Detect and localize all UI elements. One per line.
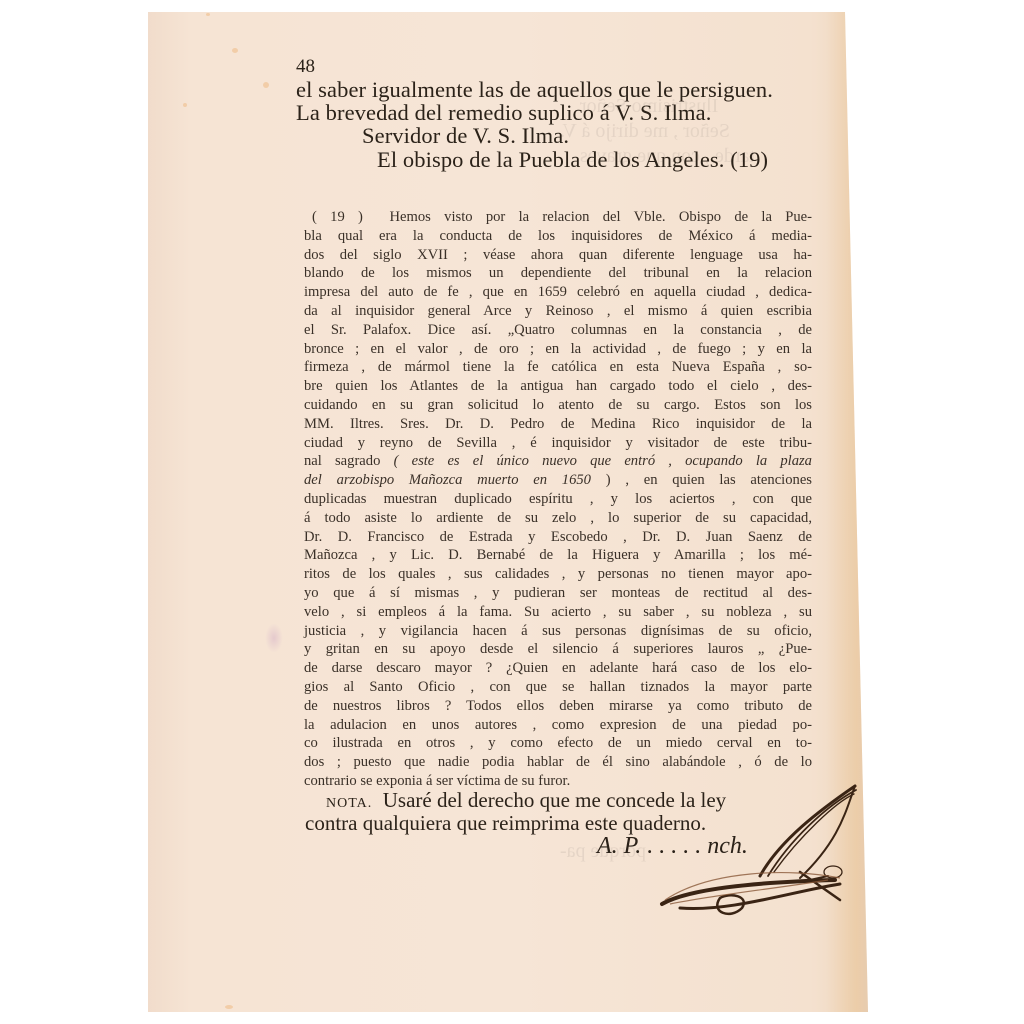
nota-label: NOTA. (326, 796, 372, 811)
footnote-line: ritos de los quales , sus calidades , y … (304, 565, 812, 584)
footnote-line: á todo asiste lo ardiente de su zelo , l… (304, 509, 812, 528)
footnote-line: de nuestros libros ? Todos ellos deben m… (304, 697, 812, 716)
footnote-19: ( 19 ) Hemos visto por la relacion del V… (304, 208, 812, 791)
footnote-line: Dr. D. Francisco de Estrada y Escobedo ,… (304, 528, 812, 547)
footnote-line: del arzobispo Mañozca muerto en 1650 ) ,… (304, 471, 812, 490)
footnote-line: dos ; puesto que nadie podia hablar de é… (304, 753, 812, 772)
signature-line: El obispo de la Puebla de los Angeles. (… (377, 147, 768, 173)
footnote-line: de darse descaro mayor ? ¿Quien en adela… (304, 659, 812, 678)
footnote-line: duplicadas muestran duplicado espíritu ,… (304, 490, 812, 509)
ink-flourish-icon (650, 780, 870, 920)
margin-smudge (265, 623, 283, 653)
footnote-line: ( 19 ) Hemos visto por la relacion del V… (304, 208, 812, 227)
footnote-line: cuidando en su gran solicitud lo atento … (304, 396, 812, 415)
italic-aside: del arzobispo Mañozca muerto en 1650 (304, 472, 591, 488)
footnote-line: bre quien los Atlantes de la antigua han… (304, 377, 812, 396)
footnote-line: gios al Santo Oficio , con que se hallan… (304, 678, 812, 697)
footnote-line: MM. Iltres. Sres. Dr. D. Pedro de Medina… (304, 415, 812, 434)
footnote-line: blando de los mismos un dependiente del … (304, 264, 812, 283)
foxing-spot (263, 82, 269, 88)
footnote-line: nal sagrado ( este es el único nuevo que… (304, 452, 812, 471)
footnote-line: yo que á sí mismas , y pudieran ser mont… (304, 584, 812, 603)
footnote-line: impresa del auto de fe , que en 1659 cel… (304, 283, 812, 302)
footnote-line: bla qual era la conducta de los inquisid… (304, 227, 812, 246)
italic-aside: ( este es el único nuevo que entró , ocu… (394, 453, 812, 469)
footnote-line: co ilustrada en otros , y como efecto de… (304, 734, 812, 753)
footnote-marker: ( 19 ) (312, 209, 363, 225)
footnote-line: la adulacion en unos autores , como expr… (304, 716, 812, 735)
foxing-spot (183, 103, 187, 107)
footnote-line: ciudad y reyno de Sevilla , é inquisidor… (304, 434, 812, 453)
foxing-spot (232, 48, 238, 53)
footnote-line: justicia , y vigilancia hacen á sus pers… (304, 622, 812, 641)
footnote-line: Mañozca , y Lic. D. Bernabé de la Higuer… (304, 546, 812, 565)
foxing-spot (225, 1005, 233, 1009)
page-number: 48 (296, 56, 315, 78)
footnote-line: bronce ; en el valor , de oro ; en la ac… (304, 340, 812, 359)
footnote-line: el Sr. Palafox. Dice así. „Quatro column… (304, 321, 812, 340)
footnote-line: da al inquisidor general Arce y Reinoso … (304, 302, 812, 321)
footnote-line: y gritan en su apoyo desde el silencio á… (304, 640, 812, 659)
closing-line: Servidor de V. S. Ilma. (362, 123, 569, 149)
foxing-spot (206, 13, 210, 16)
footnote-line: velo , si empleos á la fama. Su acierto … (304, 603, 812, 622)
footnote-line: firmeza , de mármol tiene la fe católica… (304, 358, 812, 377)
footnote-line: dos del siglo XVII ; véase ahora quan di… (304, 246, 812, 265)
